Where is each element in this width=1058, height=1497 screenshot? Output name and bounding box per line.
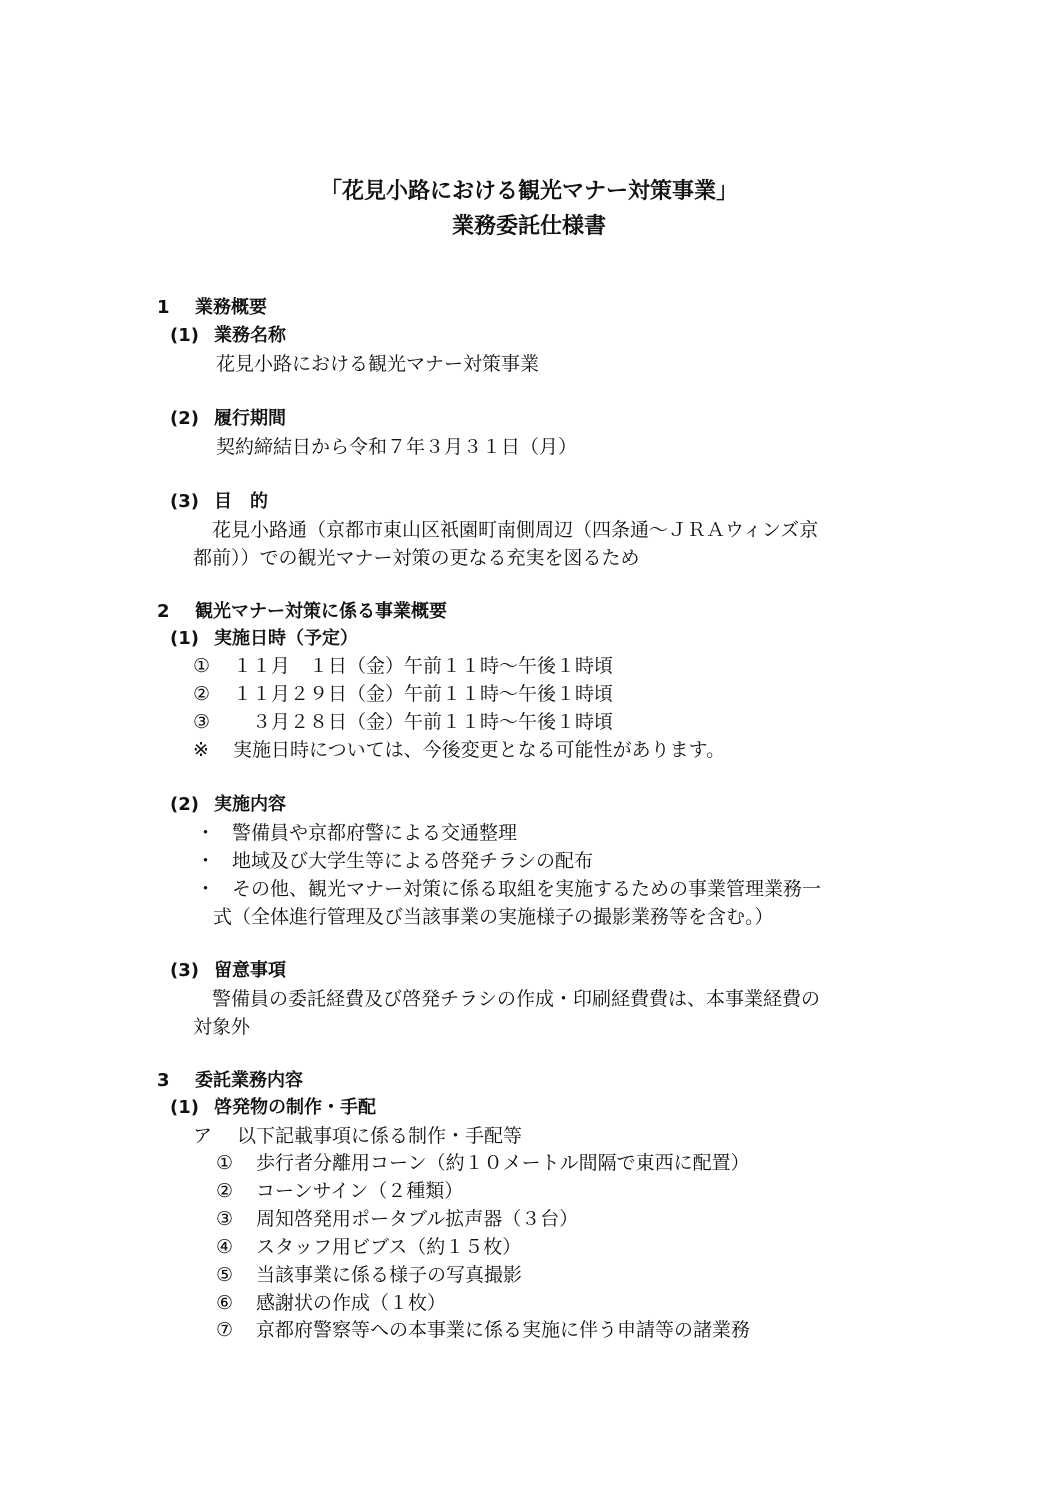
item-marker: ⑤ — [216, 1261, 256, 1289]
item-text: 京都府警察等への本事業に係る実施に伴う申請等の諸業務 — [256, 1319, 750, 1341]
activity-item-1: ・警備員や京都府警による交通整理 — [196, 819, 517, 847]
bullet-marker: ・ — [196, 819, 232, 847]
subsection-title: 実施日時（予定） — [214, 628, 358, 649]
item-text: 感謝状の作成（１枚） — [256, 1292, 446, 1314]
item-text: ３月２８日（金）午前１１時～午後１時頃 — [233, 711, 613, 733]
deliverable-item-7: ⑦京都府警察等への本事業に係る実施に伴う申請等の諸業務 — [216, 1316, 750, 1344]
subsection-2-3-heading: (3)留意事項 — [170, 957, 286, 985]
subsection-1-3-body-line2: 都前））での観光マナー対策の更なる充実を図るため — [193, 544, 640, 572]
document-page: 「花見小路における観光マナー対策事業」 業務委託仕様書 1業務概要 (1)業務名… — [0, 0, 1058, 1497]
section-title: 委託業務内容 — [195, 1070, 303, 1091]
item-text: １１月 １日（金）午前１１時～午後１時頃 — [233, 655, 613, 677]
subsection-title: 実施内容 — [214, 794, 286, 815]
item-marker: ⑥ — [216, 1289, 256, 1317]
item-marker: ④ — [216, 1233, 256, 1261]
subsection-1-1-heading: (1)業務名称 — [170, 322, 286, 350]
schedule-item-2: ②１１月２９日（金）午前１１時～午後１時頃 — [193, 680, 613, 708]
section-1-heading: 1業務概要 — [157, 294, 267, 322]
item-text: 警備員や京都府警による交通整理 — [232, 822, 517, 844]
subsection-1-3-body-line1: 花見小路通（京都市東山区祇園町南側周辺（四条通～ＪＲＡウィンズ京 — [193, 516, 818, 544]
subsection-2-1-heading: (1)実施日時（予定） — [170, 625, 358, 653]
section-title: 業務概要 — [195, 297, 267, 318]
item-marker: ② — [216, 1177, 256, 1205]
bullet-marker: ・ — [196, 847, 232, 875]
subsection-title: 履行期間 — [214, 408, 286, 429]
item-text: その他、観光マナー対策に係る取組を実施するための事業管理業務一 — [232, 878, 821, 900]
section-number: 2 — [157, 598, 195, 626]
subsection-2-3-body-line2: 対象外 — [193, 1013, 250, 1041]
item-text: １１月２９日（金）午前１１時～午後１時頃 — [233, 683, 613, 705]
subsection-1-2-body: 契約締結日から令和７年３月３１日（月） — [216, 433, 577, 461]
subsection-1-1-body: 花見小路における観光マナー対策事業 — [216, 350, 539, 378]
item-marker: ② — [193, 680, 233, 708]
item-marker: ③ — [193, 708, 233, 736]
subsection-3-1-subheading: ア以下記載事項に係る制作・手配等 — [193, 1122, 522, 1150]
deliverable-item-1: ①歩行者分離用コーン（約１０メートル間隔で東西に配置） — [216, 1149, 750, 1177]
subsection-title: 目 的 — [214, 491, 268, 512]
subsection-title: 啓発物の制作・手配 — [214, 1097, 376, 1118]
subheading-text: 以下記載事項に係る制作・手配等 — [237, 1125, 522, 1147]
section-3-heading: 3委託業務内容 — [157, 1067, 303, 1095]
subsection-1-2-heading: (2)履行期間 — [170, 405, 286, 433]
item-text: 当該事業に係る様子の写真撮影 — [256, 1264, 522, 1286]
section-title: 観光マナー対策に係る事業概要 — [195, 601, 447, 622]
section-2-heading: 2観光マナー対策に係る事業概要 — [157, 598, 447, 626]
deliverable-item-4: ④スタッフ用ビブス（約１５枚） — [216, 1233, 521, 1261]
activity-item-3-continuation: 式（全体進行管理及び当該事業の実施様子の撮影業務等を含む。） — [213, 903, 774, 931]
subsection-2-3-body-line1: 警備員の委託経費及び啓発チラシの作成・印刷経費費は、本事業経費の — [193, 985, 820, 1013]
section-number: 3 — [157, 1067, 195, 1095]
deliverable-item-2: ②コーンサイン（２種類） — [216, 1177, 463, 1205]
item-marker: ① — [193, 652, 233, 680]
item-text: 周知啓発用ポータブル拡声器（３台） — [256, 1208, 578, 1230]
note-marker: ※ — [193, 736, 233, 764]
activity-item-3: ・その他、観光マナー対策に係る取組を実施するための事業管理業務一 — [196, 875, 821, 903]
subsection-number: (1) — [170, 1094, 214, 1122]
subsection-number: (1) — [170, 322, 214, 350]
activity-item-2: ・地域及び大学生等による啓発チラシの配布 — [196, 847, 593, 875]
item-marker: ⑦ — [216, 1316, 256, 1344]
subsection-number: (2) — [170, 405, 214, 433]
deliverable-item-6: ⑥感謝状の作成（１枚） — [216, 1289, 446, 1317]
deliverable-item-3: ③周知啓発用ポータブル拡声器（３台） — [216, 1205, 578, 1233]
subsection-number: (3) — [170, 957, 214, 985]
item-marker: ① — [216, 1149, 256, 1177]
item-text: 地域及び大学生等による啓発チラシの配布 — [232, 850, 593, 872]
section-number: 1 — [157, 294, 195, 322]
subsection-2-2-heading: (2)実施内容 — [170, 791, 286, 819]
bullet-marker: ・ — [196, 875, 232, 903]
item-text: スタッフ用ビブス（約１５枚） — [256, 1236, 521, 1258]
subsection-3-1-heading: (1)啓発物の制作・手配 — [170, 1094, 376, 1122]
subsection-title: 業務名称 — [214, 325, 286, 346]
note-text: 実施日時については、今後変更となる可能性があります。 — [233, 739, 725, 761]
subsection-title: 留意事項 — [214, 960, 286, 981]
document-title-line1: 「花見小路における観光マナー対策事業」 — [0, 175, 1058, 209]
katakana-marker: ア — [193, 1122, 237, 1150]
schedule-item-3: ③ ３月２８日（金）午前１１時～午後１時頃 — [193, 708, 613, 736]
subsection-1-3-heading: (3)目 的 — [170, 488, 268, 516]
schedule-note: ※実施日時については、今後変更となる可能性があります。 — [193, 736, 725, 764]
item-text: コーンサイン（２種類） — [256, 1180, 463, 1202]
document-title-line2: 業務委託仕様書 — [0, 210, 1058, 244]
subsection-number: (2) — [170, 791, 214, 819]
subsection-number: (3) — [170, 488, 214, 516]
subsection-number: (1) — [170, 625, 214, 653]
schedule-item-1: ①１１月 １日（金）午前１１時～午後１時頃 — [193, 652, 613, 680]
deliverable-item-5: ⑤当該事業に係る様子の写真撮影 — [216, 1261, 522, 1289]
item-text: 歩行者分離用コーン（約１０メートル間隔で東西に配置） — [256, 1152, 750, 1174]
item-marker: ③ — [216, 1205, 256, 1233]
